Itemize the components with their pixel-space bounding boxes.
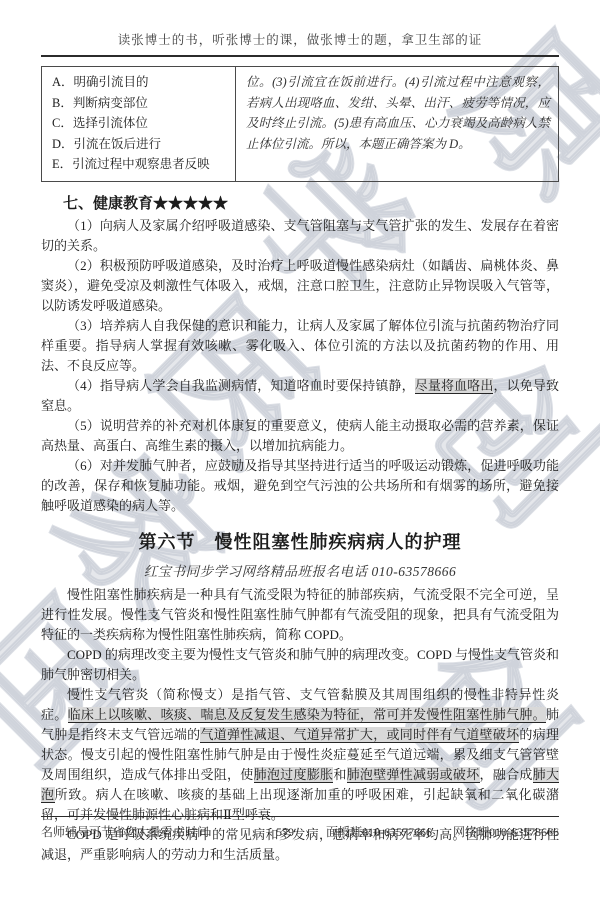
paragraph: （2）积极预防呼吸道感染，及时治疗上呼吸道慢性感染病灶（如龋齿、扁桃体炎、鼻窦炎…: [41, 256, 559, 316]
answer-explanation-table: A．明确引流目的B．判断病变部位C．选择引流体位D．引流在饭后进行E．引流过程中…: [41, 66, 559, 182]
answer-options: A．明确引流目的B．判断病变部位C．选择引流体位D．引流在饭后进行E．引流过程中…: [42, 67, 236, 181]
footer-phone-mianshou: 面授班010-63577666: [326, 825, 432, 839]
answer-option: E．引流过程中观察患者反映: [52, 154, 227, 175]
page-number: 579: [262, 825, 308, 840]
paragraph: （6）对并发肺气肿者，应鼓励及指导其坚持进行适当的呼吸运动锻炼，促进呼吸功能的改…: [41, 456, 559, 516]
paragraph: （1）向病人及家属介绍呼吸道感染、支气管阻塞与支气管扩张的发生、发展存在着密切的…: [41, 216, 559, 256]
paragraph: （5）说明营养的补充对机体康复的重要意义，使病人能主动摄取必需的营养素，保证高热…: [41, 416, 559, 456]
paragraph: COPD 的病理改变主要为慢性支气管炎和肺气肿的病理改变。COPD 与慢性支气管…: [41, 645, 559, 685]
text-run: （1）向病人及家属介绍呼吸道感染、支气管阻塞与支气管扩张的发生、发展存在着密切的…: [41, 218, 559, 253]
header-slogan: 读张博士的书，听张博士的课，做张博士的题，拿卫生部的证: [41, 0, 559, 48]
health-education-items: （1）向病人及家属介绍呼吸道感染、支气管阻塞与支气管扩张的发生、发展存在着密切的…: [41, 216, 559, 516]
text-run: COPD 的病理改变主要为慢性支气管炎和肺气肿的病理改变。COPD 与慢性支气管…: [41, 647, 559, 682]
footer-phone-wangluo: 网络班010-63578666: [453, 825, 559, 839]
paragraph: （3）培养病人自我保健的意识和能力，让病人及家属了解体位引流与抗菌药物治疗同样重…: [41, 316, 559, 376]
book-page: 国家医学原创创 读张博士的书，听张博士的课，做张博士的题，拿卫生部的证 A．明确…: [0, 0, 600, 912]
text-run: ，融合成: [480, 767, 533, 782]
hotline-line: 红宝书同步学习网络精品班报名电话 010-63578666: [41, 560, 559, 580]
text-run: （3）培养病人自我保健的意识和能力，让病人及家属了解体位引流与抗菌药物治疗同样重…: [41, 318, 559, 373]
highlighted-text: 肺泡过度膨胀: [254, 767, 334, 783]
highlighted-text: 临床上以咳嗽、咳痰、喘息及反复发生感染为特征，常可并发慢性阻塞性肺气肿。: [68, 707, 546, 723]
text-run: （6）对并发肺气肿者，应鼓励及指导其坚持进行适当的呼吸运动锻炼，促进呼吸功能的改…: [41, 458, 559, 513]
footer-phones: 面授班010-63577666 网络班010-63578666: [308, 823, 559, 840]
answer-explanation: 位。(3)引流宜在饭前进行。(4)引流过程中注意观察，若病人出现咯血、发绀、头晕…: [246, 72, 550, 154]
page-footer: 名师辅导可节省您大量看书时间 579 面授班010-63577666 网络班01…: [41, 816, 559, 840]
footer-left-slogan: 名师辅导可节省您大量看书时间: [41, 823, 262, 840]
text-run: （5）说明营养的补充对机体康复的重要意义，使病人能主动摄取必需的营养素，保证高热…: [41, 418, 559, 453]
paragraph: 慢性支气管炎（简称慢支）是指气管、支气管黏膜及其周围组织的慢性非特异性炎症。临床…: [41, 685, 559, 825]
health-education-title: 七、健康教育★★★★★: [63, 192, 559, 213]
paragraph: （4）指导病人学会自我监测病情，知道咯血时要保持镇静，尽量将血咯出，以免导致窒息…: [41, 376, 559, 416]
text-run: （2）积极预防呼吸道感染，及时治疗上呼吸道慢性感染病灶（如龋齿、扁桃体炎、鼻窦炎…: [41, 258, 559, 313]
header-rule: [41, 55, 559, 57]
text-run: 慢性阻塞性肺疾病是一种具有气流受限为特征的肺部疾病，气流受限不完全可逆，呈进行性…: [41, 587, 559, 642]
answer-option: A．明确引流目的: [52, 72, 227, 93]
highlighted-text: 尽量将血咯出: [415, 378, 494, 394]
highlighted-text: 肺泡壁弹性减弱或破坏: [347, 767, 480, 783]
text-run: （4）指导病人学会自我监测病情，知道咯血时要保持镇静，: [67, 378, 415, 393]
chapter-title: 第六节 慢性阻塞性肺疾病病人的护理: [41, 528, 559, 554]
paragraph: 慢性阻塞性肺疾病是一种具有气流受限为特征的肺部疾病，气流受限不完全可逆，呈进行性…: [41, 585, 559, 645]
page-content: 读张博士的书，听张博士的课，做张博士的题，拿卫生部的证 A．明确引流目的B．判断…: [0, 0, 600, 865]
answer-option: D．引流在饭后进行: [52, 134, 227, 155]
answer-option: B．判断病变部位: [52, 93, 227, 114]
highlighted-text: 气道弹性减退、气道异常扩大，或同时伴有气道壁破坏: [200, 727, 519, 743]
text-run: 和: [333, 767, 346, 782]
answer-option: C．选择引流体位: [52, 113, 227, 134]
